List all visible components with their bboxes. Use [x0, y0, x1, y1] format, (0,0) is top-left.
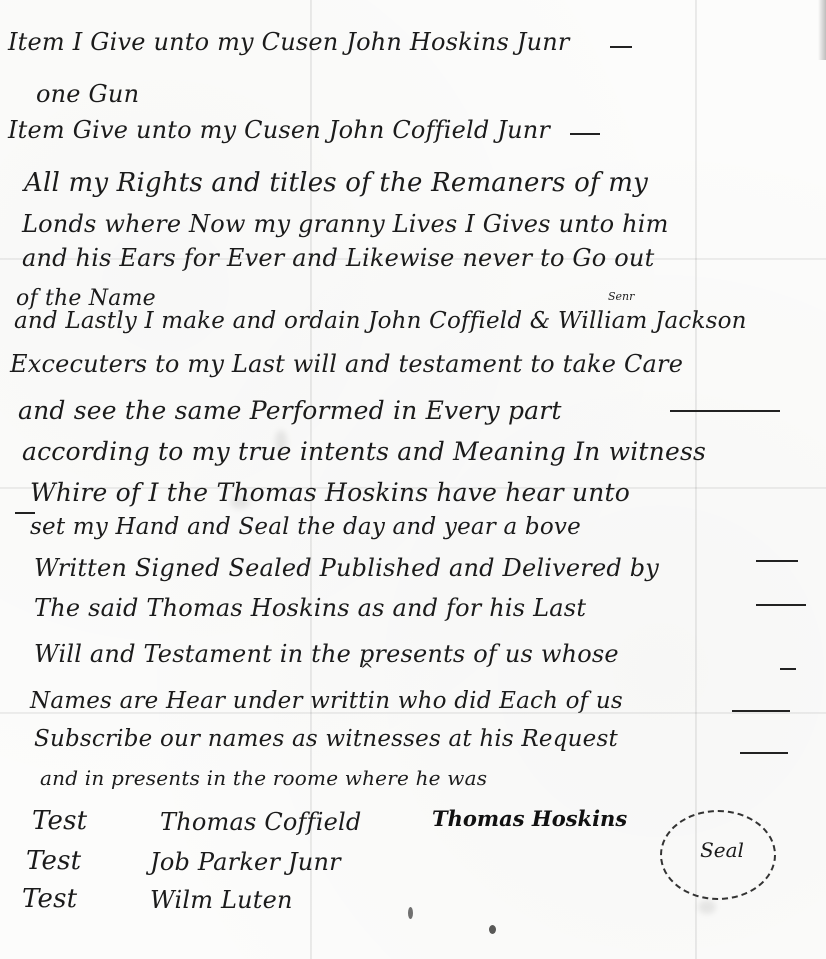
insertion-caret: ^: [360, 660, 373, 679]
line-end-dash: [732, 710, 790, 712]
paper-smudge: [230, 495, 250, 509]
will-line: Item Give unto my Cusen John Coffield Ju…: [8, 116, 550, 144]
will-line: Subscribe our names as witnesses at his …: [34, 726, 618, 752]
line-end-dash: [756, 560, 798, 562]
paper-smudge: [275, 430, 287, 452]
ink-blot: [408, 907, 413, 919]
will-line: and his Ears for Ever and Likewise never…: [22, 244, 654, 272]
margin-dash: [15, 512, 35, 514]
line-end-dash: [570, 133, 600, 135]
will-line: Excecuters to my Last will and testament…: [10, 350, 683, 378]
will-line: Written Signed Sealed Published and Deli…: [34, 554, 659, 582]
will-line: and Lastly I make and ordain John Coffie…: [14, 308, 747, 334]
line-end-dash: [756, 604, 806, 606]
line-end-dash: [780, 668, 796, 670]
will-line: one Gun: [36, 80, 139, 108]
line-end-dash: [610, 46, 632, 48]
line-end-dash: [740, 752, 788, 754]
line-end-dash: [670, 410, 780, 412]
interlinear-note: Senr: [608, 290, 634, 303]
will-line: Item I Give unto my Cusen John Hoskins J…: [8, 28, 570, 56]
will-line: Whire of I the Thomas Hoskins have hear …: [30, 478, 630, 507]
seal-label: Seal: [700, 838, 744, 862]
wax-seal-mark: Seal: [660, 810, 776, 900]
will-line: according to my true intents and Meaning…: [22, 437, 706, 466]
paper-smudge: [698, 900, 716, 914]
will-line: All my Rights and titles of the Remaners…: [24, 168, 648, 198]
will-line: Will and Testament in the presents of us…: [34, 640, 619, 668]
witness-label: Test: [26, 846, 81, 876]
witness-name: Job Parker Junr: [150, 848, 341, 876]
testator-signature: Thomas Hoskins: [432, 806, 627, 831]
will-line: Londs where Now my granny Lives I Gives …: [22, 210, 669, 238]
manuscript-page: Item I Give unto my Cusen John Hoskins J…: [0, 0, 826, 959]
paper-edge-shadow: [818, 0, 826, 60]
will-line: The said Thomas Hoskins as and for his L…: [34, 594, 586, 622]
witness-label: Test: [32, 806, 87, 836]
will-line: and in presents in the roome where he wa…: [40, 766, 487, 790]
witness-name: Wilm Luten: [150, 886, 293, 914]
will-line: set my Hand and Seal the day and year a …: [30, 514, 581, 540]
will-line: Names are Hear under writtin who did Eac…: [30, 688, 623, 714]
ink-blot: [489, 925, 496, 934]
will-line: and see the same Performed in Every part: [18, 396, 562, 425]
witness-name: Thomas Coffield: [160, 808, 361, 836]
witness-label: Test: [22, 884, 77, 914]
